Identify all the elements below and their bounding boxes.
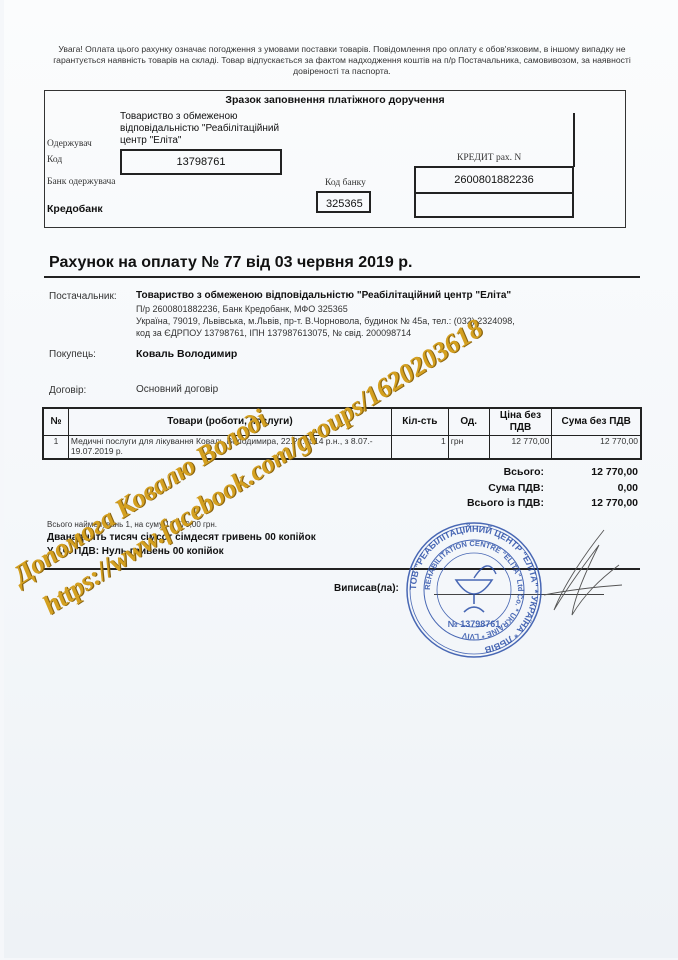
credit-account-box: 2600801882236	[414, 166, 574, 218]
vat-row: Сума ПДВ: 0,00	[424, 482, 638, 498]
invoice-page: Увага! Оплата цього рахунку означає пого…	[4, 0, 678, 958]
row-qty: 1	[392, 436, 449, 460]
svg-text:№ 13798761: № 13798761	[448, 619, 501, 629]
total-label: Всього:	[434, 466, 558, 482]
col-number: №	[43, 408, 68, 436]
col-price: Ціна без ПДВ	[489, 408, 552, 436]
payment-notice: Увага! Оплата цього рахунку означає пого…	[44, 44, 640, 77]
bank-name: Кредобанк	[47, 203, 103, 215]
col-sum: Сума без ПДВ	[552, 408, 641, 436]
credit-divider	[573, 113, 575, 167]
row-sum: 12 770,00	[552, 436, 641, 460]
payment-sample-title: Зразок заповнення платіжного доручення	[45, 94, 625, 106]
supplier-codes: код за ЄДРПОУ 13798761, ІПН 137987613075…	[136, 328, 411, 338]
company-stamp-icon: ТОВ "РЕАБІЛІТАЦІЙНИЙ ЦЕНТР "ЕЛІТА" * УКР…	[404, 520, 544, 660]
total-with-vat-row: Всього із ПДВ: 12 770,00	[424, 497, 638, 513]
credit-account-value: 2600801882236	[416, 168, 572, 194]
supplier-label: Постачальник:	[49, 291, 117, 302]
row-price: 12 770,00	[489, 436, 552, 460]
supplier-account: П/р 2600801882236, Банк Кредобанк, МФО 3…	[136, 304, 348, 314]
col-unit: Од.	[448, 408, 489, 436]
total-row: Всього: 12 770,00	[424, 466, 638, 482]
vat-value: 0,00	[558, 482, 638, 498]
total-with-vat-label: Всього із ПДВ:	[434, 497, 558, 513]
code-value: 13798761	[120, 149, 282, 175]
table-row: 1 Медичні послуги для лікування Коваль В…	[43, 436, 641, 460]
totals-block: Всього: 12 770,00 Сума ПДВ: 0,00 Всього …	[424, 466, 638, 513]
buyer-label: Покупець:	[49, 349, 96, 360]
contract-name: Основний договір	[136, 384, 218, 395]
issued-by-label: Виписав(ла):	[334, 583, 399, 594]
buyer-name: Коваль Володимир	[136, 348, 237, 360]
recipient-label: Одержувач	[47, 139, 92, 149]
bank-label: Банк одержувача	[47, 177, 116, 187]
total-with-vat-value: 12 770,00	[558, 497, 638, 513]
col-qty: Кіл-сть	[392, 408, 449, 436]
vat-label: Сума ПДВ:	[434, 482, 558, 498]
credit-label: КРЕДИТ рах. N	[457, 153, 521, 163]
contract-label: Договір:	[49, 385, 86, 396]
recipient-name: Товариство з обмеженою відповідальністю …	[120, 111, 300, 147]
bank-code-value: 325365	[316, 191, 371, 213]
supplier-name: Товариство з обмеженою відповідальністю …	[136, 290, 511, 301]
total-value: 12 770,00	[558, 466, 638, 482]
payment-sample-box: Зразок заповнення платіжного доручення Т…	[44, 90, 626, 228]
row-number: 1	[43, 436, 68, 460]
row-unit: грн	[448, 436, 489, 460]
title-divider	[44, 276, 640, 278]
invoice-title: Рахунок на оплату № 77 від 03 червня 201…	[49, 254, 412, 272]
signature-scribble-icon	[524, 525, 624, 620]
bank-code-label: Код банку	[325, 178, 366, 188]
code-label: Код	[47, 155, 62, 165]
